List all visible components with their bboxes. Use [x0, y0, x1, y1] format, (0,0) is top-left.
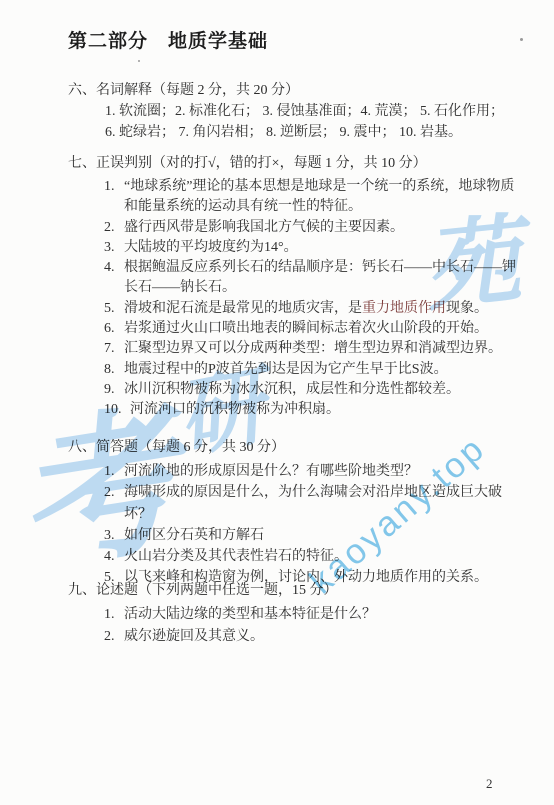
question-number: 4. [104, 258, 124, 299]
true-false-list: 1. “地球系统”理论的基本思想是地球是一个统一的系统，地球物质和能量系统的运动… [68, 177, 526, 421]
section-essay-heading: 九、论述题（下列两题中任选一题，15 分） [68, 580, 526, 602]
highlighted-phrase: 重力地质作用 [362, 301, 446, 316]
question-item: 4. 根据鲍温反应系列长石的结晶顺序是：钙长石——中长石——钾长石——钠长石。 [68, 258, 526, 299]
question-item: 4. 火山岩分类及其代表性岩石的特征。 [68, 546, 526, 567]
section-short-answer-heading: 八、简答题（每题 6 分，共 30 分） [68, 437, 526, 459]
question-number: 2. [104, 482, 124, 525]
question-item: 8. 地震过程中的P波首先到达是因为它产生早于比S波。 [68, 360, 526, 380]
question-text: 地震过程中的P波首先到达是因为它产生早于比S波。 [124, 360, 526, 380]
question-item: 7. 汇聚型边界又可以分成两种类型：增生型边界和消减型边界。 [68, 339, 526, 359]
section-true-false: 七、正误判别（对的打√，错的打×，每题 1 分，共 10 分） 1. “地球系统… [68, 153, 526, 421]
question-item: 1. 河流阶地的形成原因是什么？有哪些阶地类型？ [68, 461, 526, 482]
question-item: 2. 盛行西风带是影响我国北方气候的主要因素。 [68, 218, 526, 238]
question-item: 3. 大陆坡的平均坡度约为14°。 [68, 238, 526, 258]
question-text: “地球系统”理论的基本思想是地球是一个统一的系统，地球物质和能量系统的运动具有统… [124, 177, 526, 218]
question-number: 1. [104, 461, 124, 482]
scan-speckle [138, 60, 140, 62]
question-text: 汇聚型边界又可以分成两种类型：增生型边界和消减型边界。 [124, 339, 526, 359]
question-text: 威尔逊旋回及其意义。 [124, 626, 526, 648]
question-number: 4. [104, 546, 124, 567]
section-true-false-heading: 七、正误判别（对的打√，错的打×，每题 1 分，共 10 分） [68, 153, 526, 175]
question-item: 2. 威尔逊旋回及其意义。 [68, 626, 526, 648]
page-title: 第二部分 地质学基础 [68, 26, 268, 53]
question-text: 冰川沉积物被称为冰水沉积，成层性和分选性都较差。 [124, 380, 526, 400]
question-number: 2. [104, 218, 124, 238]
question-text: 火山岩分类及其代表性岩石的特征。 [124, 546, 526, 567]
scan-speckle [520, 38, 523, 41]
exam-page: 第二部分 地质学基础 六、名词解释（每题 2 分，共 20 分） 1. 软流圈；… [0, 0, 554, 805]
question-text: 如何区分石英和方解石 [124, 525, 526, 546]
question-text: 活动大陆边缘的类型和基本特征是什么？ [124, 604, 526, 626]
question-item: 1. “地球系统”理论的基本思想是地球是一个统一的系统，地球物质和能量系统的运动… [68, 177, 526, 218]
question-text: 根据鲍温反应系列长石的结晶顺序是：钙长石——中长石——钾长石——钠长石。 [124, 258, 526, 299]
question-number: 3. [104, 525, 124, 546]
question-item: 9. 冰川沉积物被称为冰水沉积，成层性和分选性都较差。 [68, 380, 526, 400]
question-number: 1. [104, 604, 124, 626]
short-answer-list: 1. 河流阶地的形成原因是什么？有哪些阶地类型？ 2. 海啸形成的原因是什么，为… [68, 461, 526, 589]
question-text-post: 现象。 [446, 301, 488, 316]
question-number: 7. [104, 339, 124, 359]
page-number: 2 [486, 776, 493, 792]
question-text: 河流河口的沉积物被称为冲积扇。 [130, 400, 526, 420]
question-text: 盛行西风带是影响我国北方气候的主要因素。 [124, 218, 526, 238]
question-number: 6. [104, 319, 124, 339]
question-number: 8. [104, 360, 124, 380]
section-terms-heading: 六、名词解释（每题 2 分，共 20 分） [68, 80, 526, 102]
question-text: 大陆坡的平均坡度约为14°。 [124, 238, 526, 258]
question-number: 10. [104, 400, 130, 420]
question-number: 9. [104, 380, 124, 400]
question-text: 河流阶地的形成原因是什么？有哪些阶地类型？ [124, 461, 526, 482]
question-text: 岩浆通过火山口喷出地表的瞬间标志着次火山阶段的开始。 [124, 319, 526, 339]
terms-line-1: 1. 软流圈；2. 标准化石； 3. 侵蚀基准面；4. 荒漠； 5. 石化作用； [105, 102, 526, 123]
question-number: 5. [104, 299, 124, 319]
section-short-answer: 八、简答题（每题 6 分，共 30 分） 1. 河流阶地的形成原因是什么？有哪些… [68, 437, 526, 589]
question-text-pre: 滑坡和泥石流是最常见的地质灾害，是 [124, 301, 362, 316]
question-text: 海啸形成的原因是什么，为什么海啸会对沿岸地区造成巨大破坏？ [124, 482, 526, 525]
essay-list: 1. 活动大陆边缘的类型和基本特征是什么？ 2. 威尔逊旋回及其意义。 [68, 604, 526, 647]
question-number: 1. [104, 177, 124, 218]
question-item: 3. 如何区分石英和方解石 [68, 525, 526, 546]
question-number: 3. [104, 238, 124, 258]
question-item: 2. 海啸形成的原因是什么，为什么海啸会对沿岸地区造成巨大破坏？ [68, 482, 526, 525]
question-item: 5. 滑坡和泥石流是最常见的地质灾害，是重力地质作用现象。 [68, 299, 526, 319]
question-item: 1. 活动大陆边缘的类型和基本特征是什么？ [68, 604, 526, 626]
section-essay: 九、论述题（下列两题中任选一题，15 分） 1. 活动大陆边缘的类型和基本特征是… [68, 580, 526, 647]
terms-line-2: 6. 蛇绿岩； 7. 角闪岩相； 8. 逆断层； 9. 震中； 10. 岩基。 [105, 123, 526, 144]
question-item: 6. 岩浆通过火山口喷出地表的瞬间标志着次火山阶段的开始。 [68, 319, 526, 339]
question-text: 滑坡和泥石流是最常见的地质灾害，是重力地质作用现象。 [124, 299, 526, 319]
question-item: 10. 河流河口的沉积物被称为冲积扇。 [68, 400, 526, 420]
section-terms: 六、名词解释（每题 2 分，共 20 分） 1. 软流圈；2. 标准化石； 3.… [68, 80, 526, 143]
question-number: 2. [104, 626, 124, 648]
